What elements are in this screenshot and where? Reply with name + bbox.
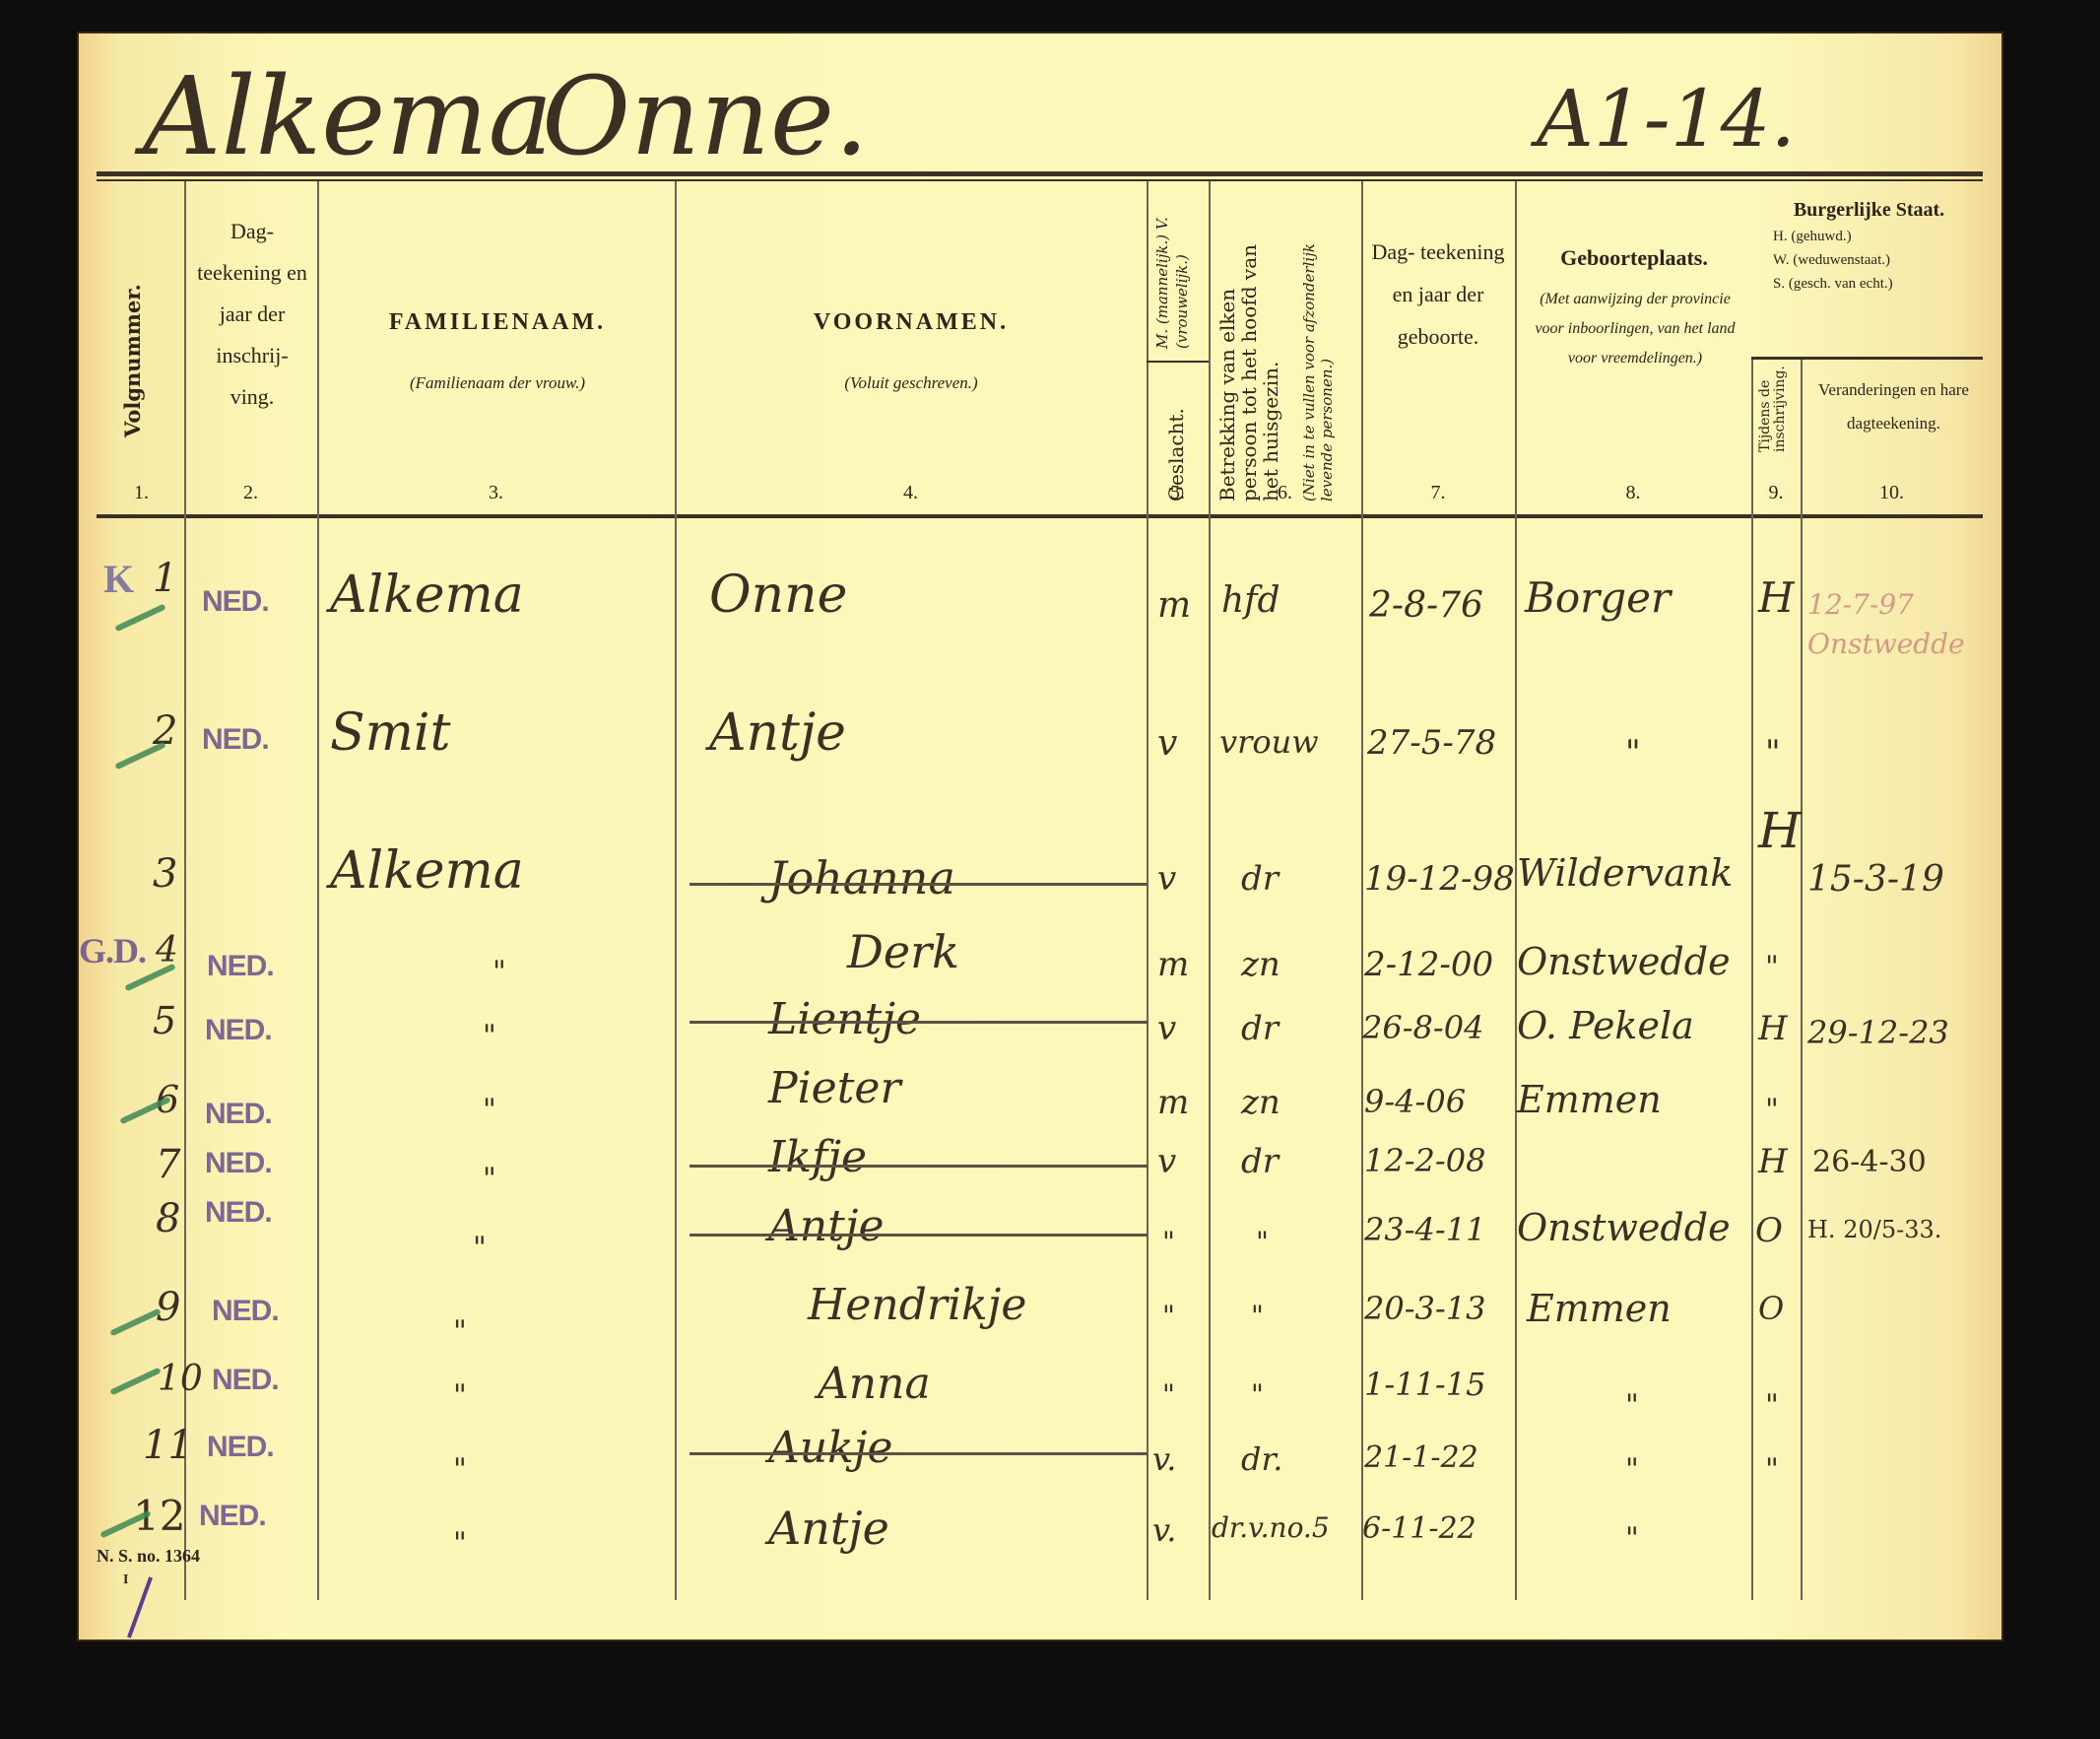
nationality-stamp: NED. (207, 950, 274, 983)
staat-h: H. (gehuwd.) (1773, 229, 1970, 245)
row-betrekking: vrouw (1219, 723, 1319, 761)
staat-w: W. (weduwenstaat.) (1773, 252, 1970, 269)
row-staat: " (1765, 1388, 1779, 1423)
header-given-name: Onne. (542, 53, 869, 179)
col4-subtitle: (Voluit geschreven.) (675, 373, 1148, 393)
strikethrough-line (689, 1234, 1148, 1237)
row-geboorte: 2-8-76 (1369, 585, 1483, 626)
row-betrekking: dr. (1241, 1440, 1282, 1478)
row-staat: H (1758, 573, 1795, 622)
row-voornamen: Antje (768, 1201, 884, 1251)
row-volgnummer: 10 (158, 1359, 203, 1399)
row-voornamen: Ikfje (768, 1132, 867, 1182)
col-num-4: 4. (675, 482, 1147, 504)
row-geslacht: v. (1152, 1511, 1176, 1549)
row-familienaam: " (473, 1231, 487, 1265)
row-staat: " (1765, 733, 1781, 772)
row-familienaam: " (453, 1526, 467, 1561)
row-volgnummer: 1 (153, 556, 177, 601)
row-familienaam: Smit (330, 703, 450, 763)
col-num-10: 10. (1801, 482, 1983, 504)
row-plaats: Emmen (1517, 1078, 1662, 1121)
row-geboorte: 23-4-11 (1364, 1211, 1485, 1248)
col-divider (1147, 181, 1148, 1600)
form-sub: I (123, 1572, 143, 1588)
col10-title: Veranderingen en hare dagteekening. (1803, 373, 1985, 440)
col7-title: Dag- teekening en jaar der geboorte. (1369, 231, 1507, 358)
row-voornamen: Antje (768, 1502, 889, 1555)
col-divider (1209, 181, 1211, 1600)
row-plaats: " (1625, 733, 1641, 772)
nationality-stamp: NED. (205, 1196, 272, 1230)
row-geboorte: 6-11-22 (1362, 1511, 1477, 1546)
green-check (109, 1308, 161, 1337)
col6-title: Betrekking van elken persoon tot het hoo… (1216, 206, 1281, 502)
row-staat: O (1758, 1290, 1784, 1327)
row-geslacht: v (1157, 723, 1177, 764)
row-mark: G.D. (79, 930, 146, 971)
row-staat: H (1758, 1142, 1788, 1181)
row-plaats: " (1625, 1388, 1639, 1423)
col8-subtitle: (Met aanwijzing der provincie voor inboo… (1527, 285, 1743, 373)
row-betrekking: dr (1241, 1142, 1279, 1181)
row-geboorte: 27-5-78 (1367, 723, 1496, 763)
row-geslacht: m (1157, 945, 1189, 984)
col-num-8: 8. (1515, 482, 1751, 504)
col8-title: Geboorteplaats. (1517, 245, 1751, 271)
row-geslacht: v (1157, 1009, 1176, 1048)
row-geboorte: 20-3-13 (1364, 1290, 1485, 1327)
row-volgnummer: 3 (153, 851, 177, 897)
col-divider (1751, 359, 1753, 1600)
row-geslacht: v (1157, 1142, 1176, 1181)
nationality-stamp: NED. (205, 1098, 272, 1131)
row-plaats: Borger (1525, 573, 1671, 622)
row-volgnummer: 4 (156, 930, 178, 970)
row-veranderingen: 12-7-97 Onstwedde (1807, 585, 1975, 664)
row-staat: " (1765, 1093, 1779, 1127)
green-check (109, 1368, 161, 1396)
row-familienaam: " (483, 1093, 496, 1127)
row-voornamen: Antje (709, 703, 846, 763)
geslacht-divider (1147, 361, 1209, 363)
col1-title: Volgnummer. (120, 284, 145, 437)
row-familienaam: Alkema (330, 841, 524, 901)
green-check (114, 742, 165, 770)
col-num-6: 6. (1209, 482, 1361, 504)
row-geslacht: " (1162, 1378, 1175, 1411)
nationality-stamp: NED. (205, 1147, 272, 1180)
row-geslacht: v (1157, 859, 1176, 899)
col-num-2: 2. (184, 482, 317, 504)
row-voornamen: Anna (818, 1359, 931, 1409)
row-veranderingen: 15-3-19 (1807, 859, 1944, 900)
col-num-9: 9. (1751, 482, 1801, 504)
nationality-stamp: NED. (202, 585, 269, 619)
col-num-5: 5. (1147, 482, 1209, 504)
row-geboorte: 1-11-15 (1364, 1366, 1485, 1403)
row-voornamen: Hendrikje (808, 1280, 1026, 1330)
col-num-1: 1. (98, 482, 184, 504)
col3-title: FAMILIENAAM. (320, 309, 675, 336)
col4-title: VOORNAMEN. (675, 309, 1148, 336)
col9-title: Tijdens de inschrijving. (1758, 354, 1788, 452)
header-reference: A1-14. (1537, 73, 1796, 165)
row-geslacht: m (1157, 1083, 1189, 1122)
row-staat: " (1765, 950, 1779, 984)
row-mark: K (103, 556, 133, 602)
row-betrekking: hfd (1221, 580, 1280, 621)
nationality-stamp: NED. (199, 1500, 266, 1533)
row-plaats: Onstwedde (1517, 940, 1731, 983)
row-betrekking: zn (1241, 945, 1280, 984)
row-familienaam: " (453, 1378, 467, 1413)
row-voornamen: Aukje (768, 1423, 892, 1473)
row-veranderingen: H. 20/5-33. (1807, 1216, 1941, 1243)
col-divider (317, 181, 319, 1600)
row-geboorte: 21-1-22 (1364, 1440, 1478, 1475)
row-geslacht: " (1162, 1226, 1175, 1258)
row-familienaam: " (453, 1314, 467, 1349)
row-geslacht: m (1157, 585, 1191, 626)
row-staat: O (1755, 1211, 1783, 1250)
row-staat: " (1765, 1452, 1779, 1487)
row-betrekking: dr (1241, 1009, 1279, 1048)
col3-subtitle: (Familienaam der vrouw.) (320, 373, 675, 393)
strikethrough-line (689, 1452, 1148, 1455)
registration-card: Alkema Onne. A1-14. Volgnummer. Dag- tee… (79, 33, 2002, 1639)
row-staat: H (1758, 1009, 1788, 1048)
col6-subtitle: (Niet in te vullen voor afzonderlijk lev… (1300, 206, 1336, 502)
green-check (114, 604, 165, 633)
row-familienaam: " (483, 1162, 496, 1196)
row-volgnummer: 5 (153, 999, 176, 1042)
row-geslacht: v. (1152, 1440, 1176, 1478)
row-geboorte: 2-12-00 (1364, 945, 1493, 984)
row-geboorte: 26-8-04 (1362, 1009, 1483, 1046)
top-rule-thin (97, 179, 1983, 181)
strikethrough-line (689, 883, 1148, 886)
row-betrekking: " (1256, 1226, 1269, 1258)
row-familienaam: " (483, 1019, 496, 1053)
row-familienaam: Alkema (330, 566, 524, 625)
row-plaats: Wildervank (1517, 851, 1733, 895)
row-voornamen: Onne (709, 566, 847, 625)
row-plaats: Onstwedde (1517, 1206, 1731, 1249)
col-divider (1361, 181, 1363, 1600)
row-voornamen: Johanna (768, 851, 955, 904)
col5-subtop: M. (mannelijk.) V. (vrouwelijk.) (1152, 191, 1192, 349)
col-num-3: 3. (317, 482, 675, 504)
row-plaats: " (1625, 1521, 1639, 1556)
row-betrekking: " (1251, 1300, 1264, 1332)
col-divider (1801, 359, 1803, 1600)
row-betrekking: " (1251, 1378, 1264, 1411)
row-betrekking: zn (1241, 1083, 1280, 1122)
strikethrough-line (689, 1165, 1148, 1168)
row-volgnummer: 11 (143, 1423, 193, 1468)
row-plaats: Emmen (1527, 1287, 1672, 1330)
row-veranderingen: 26-4-30 (1812, 1145, 1927, 1179)
row-voornamen: Derk (847, 925, 959, 978)
col2-title: Dag- teekening en jaar der inschrij- vin… (192, 211, 312, 418)
staat-s: S. (gesch. van echt.) (1773, 276, 1970, 293)
nationality-stamp: NED. (205, 1014, 272, 1047)
row-veranderingen: 29-12-23 (1807, 1014, 1949, 1051)
row-geboorte: 19-12-98 (1364, 859, 1515, 899)
strikethrough-line (689, 1021, 1148, 1024)
nationality-stamp: NED. (212, 1295, 279, 1328)
row-familienaam: " (453, 1452, 467, 1487)
col-num-7: 7. (1361, 482, 1515, 504)
row-geslacht: " (1162, 1300, 1175, 1332)
nationality-stamp: NED. (212, 1364, 279, 1397)
nationality-stamp: NED. (207, 1431, 274, 1464)
row-voornamen: Pieter (768, 1063, 900, 1113)
row-volgnummer: 9 (156, 1285, 180, 1330)
row-plaats: " (1625, 1452, 1639, 1487)
row-geboorte: 9-4-06 (1364, 1083, 1466, 1120)
row-betrekking: dr (1241, 859, 1279, 899)
row-volgnummer: 7 (156, 1142, 180, 1187)
header-bottom-rule (97, 514, 1983, 518)
row-geboorte: 12-2-08 (1364, 1142, 1485, 1179)
row-plaats: O. Pekela (1517, 1004, 1694, 1047)
staat-title: Burgerlijke Staat. (1753, 199, 1985, 222)
row-staat: H (1758, 802, 1802, 859)
nationality-stamp: NED. (202, 723, 269, 757)
row-volgnummer: 8 (156, 1196, 180, 1241)
row-familienaam: " (492, 955, 506, 989)
header-surname: Alkema (143, 53, 553, 179)
col-divider (675, 181, 677, 1600)
top-rule (97, 171, 1983, 176)
row-betrekking: dr.v.no.5 (1212, 1511, 1330, 1544)
form-number: N. S. no. 1364 (97, 1546, 274, 1567)
row-voornamen: Lientje (768, 994, 921, 1044)
